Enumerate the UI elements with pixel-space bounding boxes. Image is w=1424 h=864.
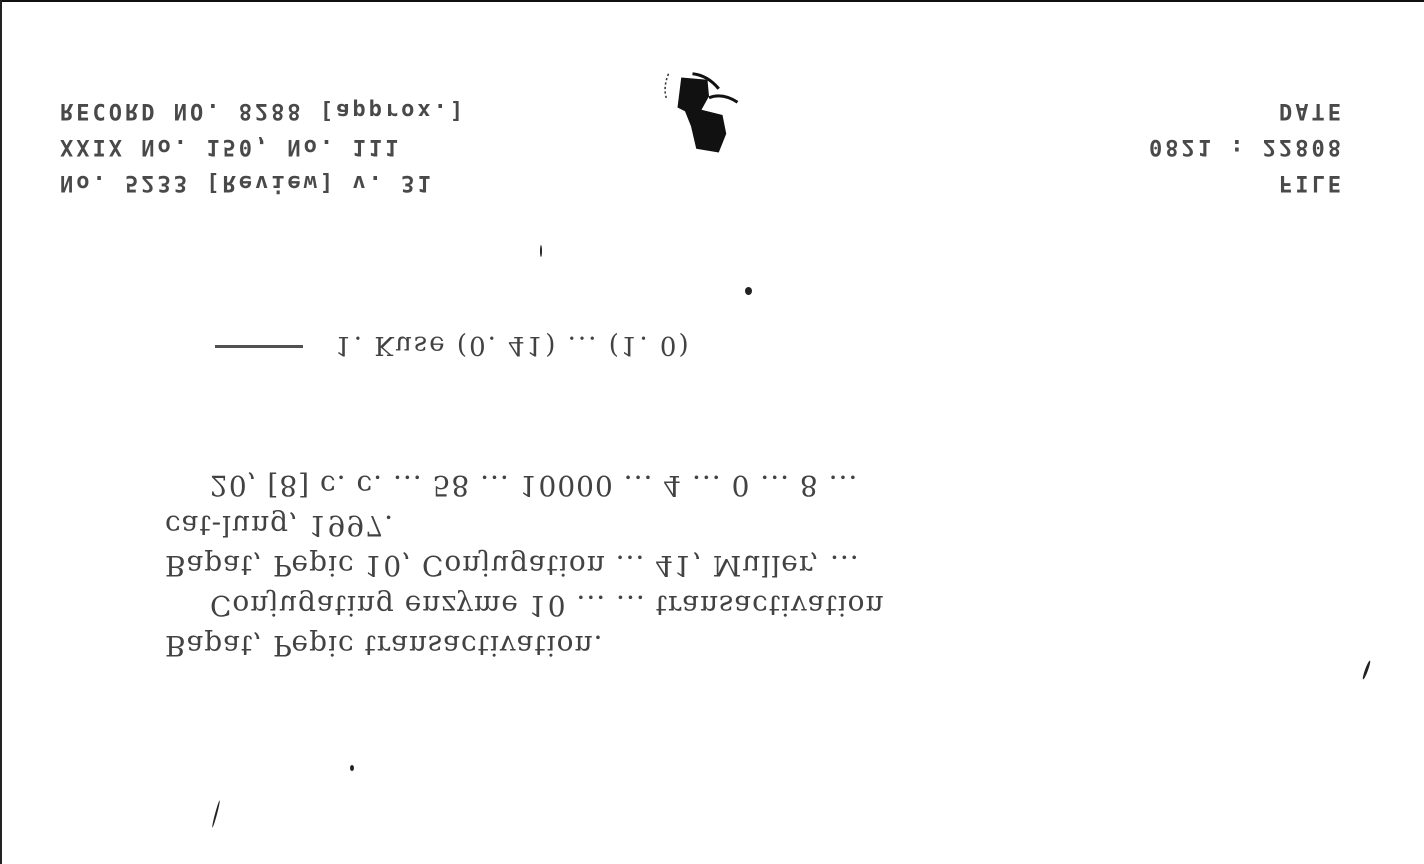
ink-speck xyxy=(1362,660,1372,680)
body-line-1: 20, [8] c. c. ... 58 ... 10000 ... 4 ...… xyxy=(165,465,1335,505)
header-right-line-1: DATE xyxy=(1149,92,1344,128)
header-left-block: RECORD NO. 8288 [approx.] XXIX No. 150, … xyxy=(60,92,466,200)
body-line-2: cat-lung, 1997. xyxy=(165,505,1335,545)
title-text: 1. Kuse (0. 41) ... (1. 0) xyxy=(335,330,690,360)
header-right-block: DATE 0821 : 22808 FILE xyxy=(1149,92,1344,200)
ink-speck xyxy=(745,287,752,295)
ink-speck xyxy=(350,765,354,771)
body-line-4: Conjugating enzyme 10 ... ... transactiv… xyxy=(165,585,1335,625)
body-line-5: Bapat, Pepic transactivation. xyxy=(165,625,1335,665)
header-left-line-1: RECORD NO. 8288 [approx.] xyxy=(60,92,466,128)
ink-speck xyxy=(211,800,220,828)
scan-border-top xyxy=(0,0,1424,2)
dash-rule xyxy=(215,345,303,348)
header-left-line-2: XXIX No. 150, No. 111 xyxy=(60,128,466,164)
ink-speck xyxy=(540,245,542,257)
header-left-line-3: No. 5233 [Review] v. 31 xyxy=(60,164,466,200)
ink-stamp-icon xyxy=(655,45,775,170)
header-right-line-2: 0821 : 22808 xyxy=(1149,128,1344,164)
title-line: 1. Kuse (0. 41) ... (1. 0) xyxy=(215,330,691,360)
body-line-3: Bapat, Pepic 10, Conjugation ... 41, Mul… xyxy=(165,545,1335,585)
header-right-line-3: FILE xyxy=(1149,164,1344,200)
scan-border-left xyxy=(0,0,2,864)
citation-body: 20, [8] c. c. ... 58 ... 10000 ... 4 ...… xyxy=(165,465,1335,665)
